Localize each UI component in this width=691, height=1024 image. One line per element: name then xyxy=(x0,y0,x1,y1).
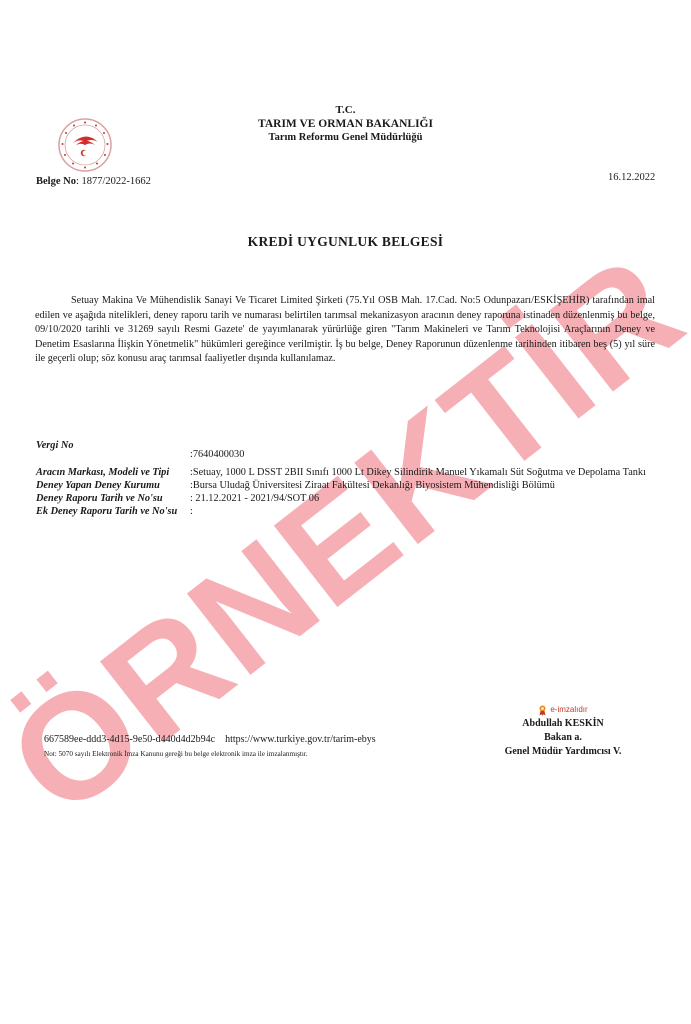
field-label: Aracın Markası, Modeli ve Tipi xyxy=(36,467,169,478)
verification-line: 667589ee-ddd3-4d15-9e50-d440d4d2b94chttp… xyxy=(44,734,376,745)
field-label: Deney Yapan Deney Kurumu xyxy=(36,480,160,491)
e-signature-badge: e-imzalıdır xyxy=(498,703,628,717)
document-number-value: : 1877/2022-1662 xyxy=(76,176,151,187)
header-directorate: Tarım Reformu Genel Müdürlüğü xyxy=(0,131,691,145)
document-date: 16.12.2022 xyxy=(608,172,655,183)
field-value: : 21.12.2021 - 2021/94/SOT 06 xyxy=(190,493,319,504)
signer-name: Abdullah KESKİN xyxy=(498,717,628,731)
document-verification-code: 667589ee-ddd3-4d15-9e50-d440d4d2b94c xyxy=(44,734,215,745)
e-signature-note: Not: 5070 sayılı Elektronik İmza Kanunu … xyxy=(44,750,308,758)
field-label: Ek Deney Raporu Tarih ve No'su xyxy=(36,506,177,517)
signer-authority: Bakan a. xyxy=(498,731,628,745)
issuer-header: T.C. TARIM VE ORMAN BAKANLIĞI Tarım Refo… xyxy=(0,103,691,145)
field-value: :Setuay, 1000 L DSST 2BII Sınıfı 1000 Lt… xyxy=(190,467,646,478)
document-number: Belge No: 1877/2022-1662 xyxy=(36,176,151,187)
document-number-label: Belge No xyxy=(36,176,76,187)
field-value: :7640400030 xyxy=(190,449,244,460)
document-title: KREDİ UYGUNLUK BELGESİ xyxy=(0,234,691,250)
header-ministry: TARIM VE ORMAN BAKANLIĞI xyxy=(0,117,691,131)
signer-title: Genel Müdür Yardımcısı V. xyxy=(498,745,628,759)
e-signature-ribbon-icon xyxy=(538,705,547,716)
body-paragraph: Setuay Makina Ve Mühendislik Sanayi Ve T… xyxy=(35,294,655,367)
signature-block: e-imzalıdır Abdullah KESKİN Bakan a. Gen… xyxy=(498,703,628,759)
verification-url[interactable]: https://www.turkiye.gov.tr/tarim-ebys xyxy=(225,734,376,745)
field-value: : xyxy=(190,506,193,517)
field-label: Vergi No xyxy=(36,440,73,451)
field-value: :Bursa Uludağ Üniversitesi Ziraat Fakült… xyxy=(190,480,555,491)
e-signature-label: e-imzalıdır xyxy=(550,703,587,717)
field-label: Deney Raporu Tarih ve No'su xyxy=(36,493,163,504)
document-body: Setuay Makina Ve Mühendislik Sanayi Ve T… xyxy=(35,294,655,367)
document-page: T.C. TARIM VE ORMAN BAKANLIĞI Tarım Refo… xyxy=(0,0,691,1024)
header-country: T.C. xyxy=(0,103,691,117)
